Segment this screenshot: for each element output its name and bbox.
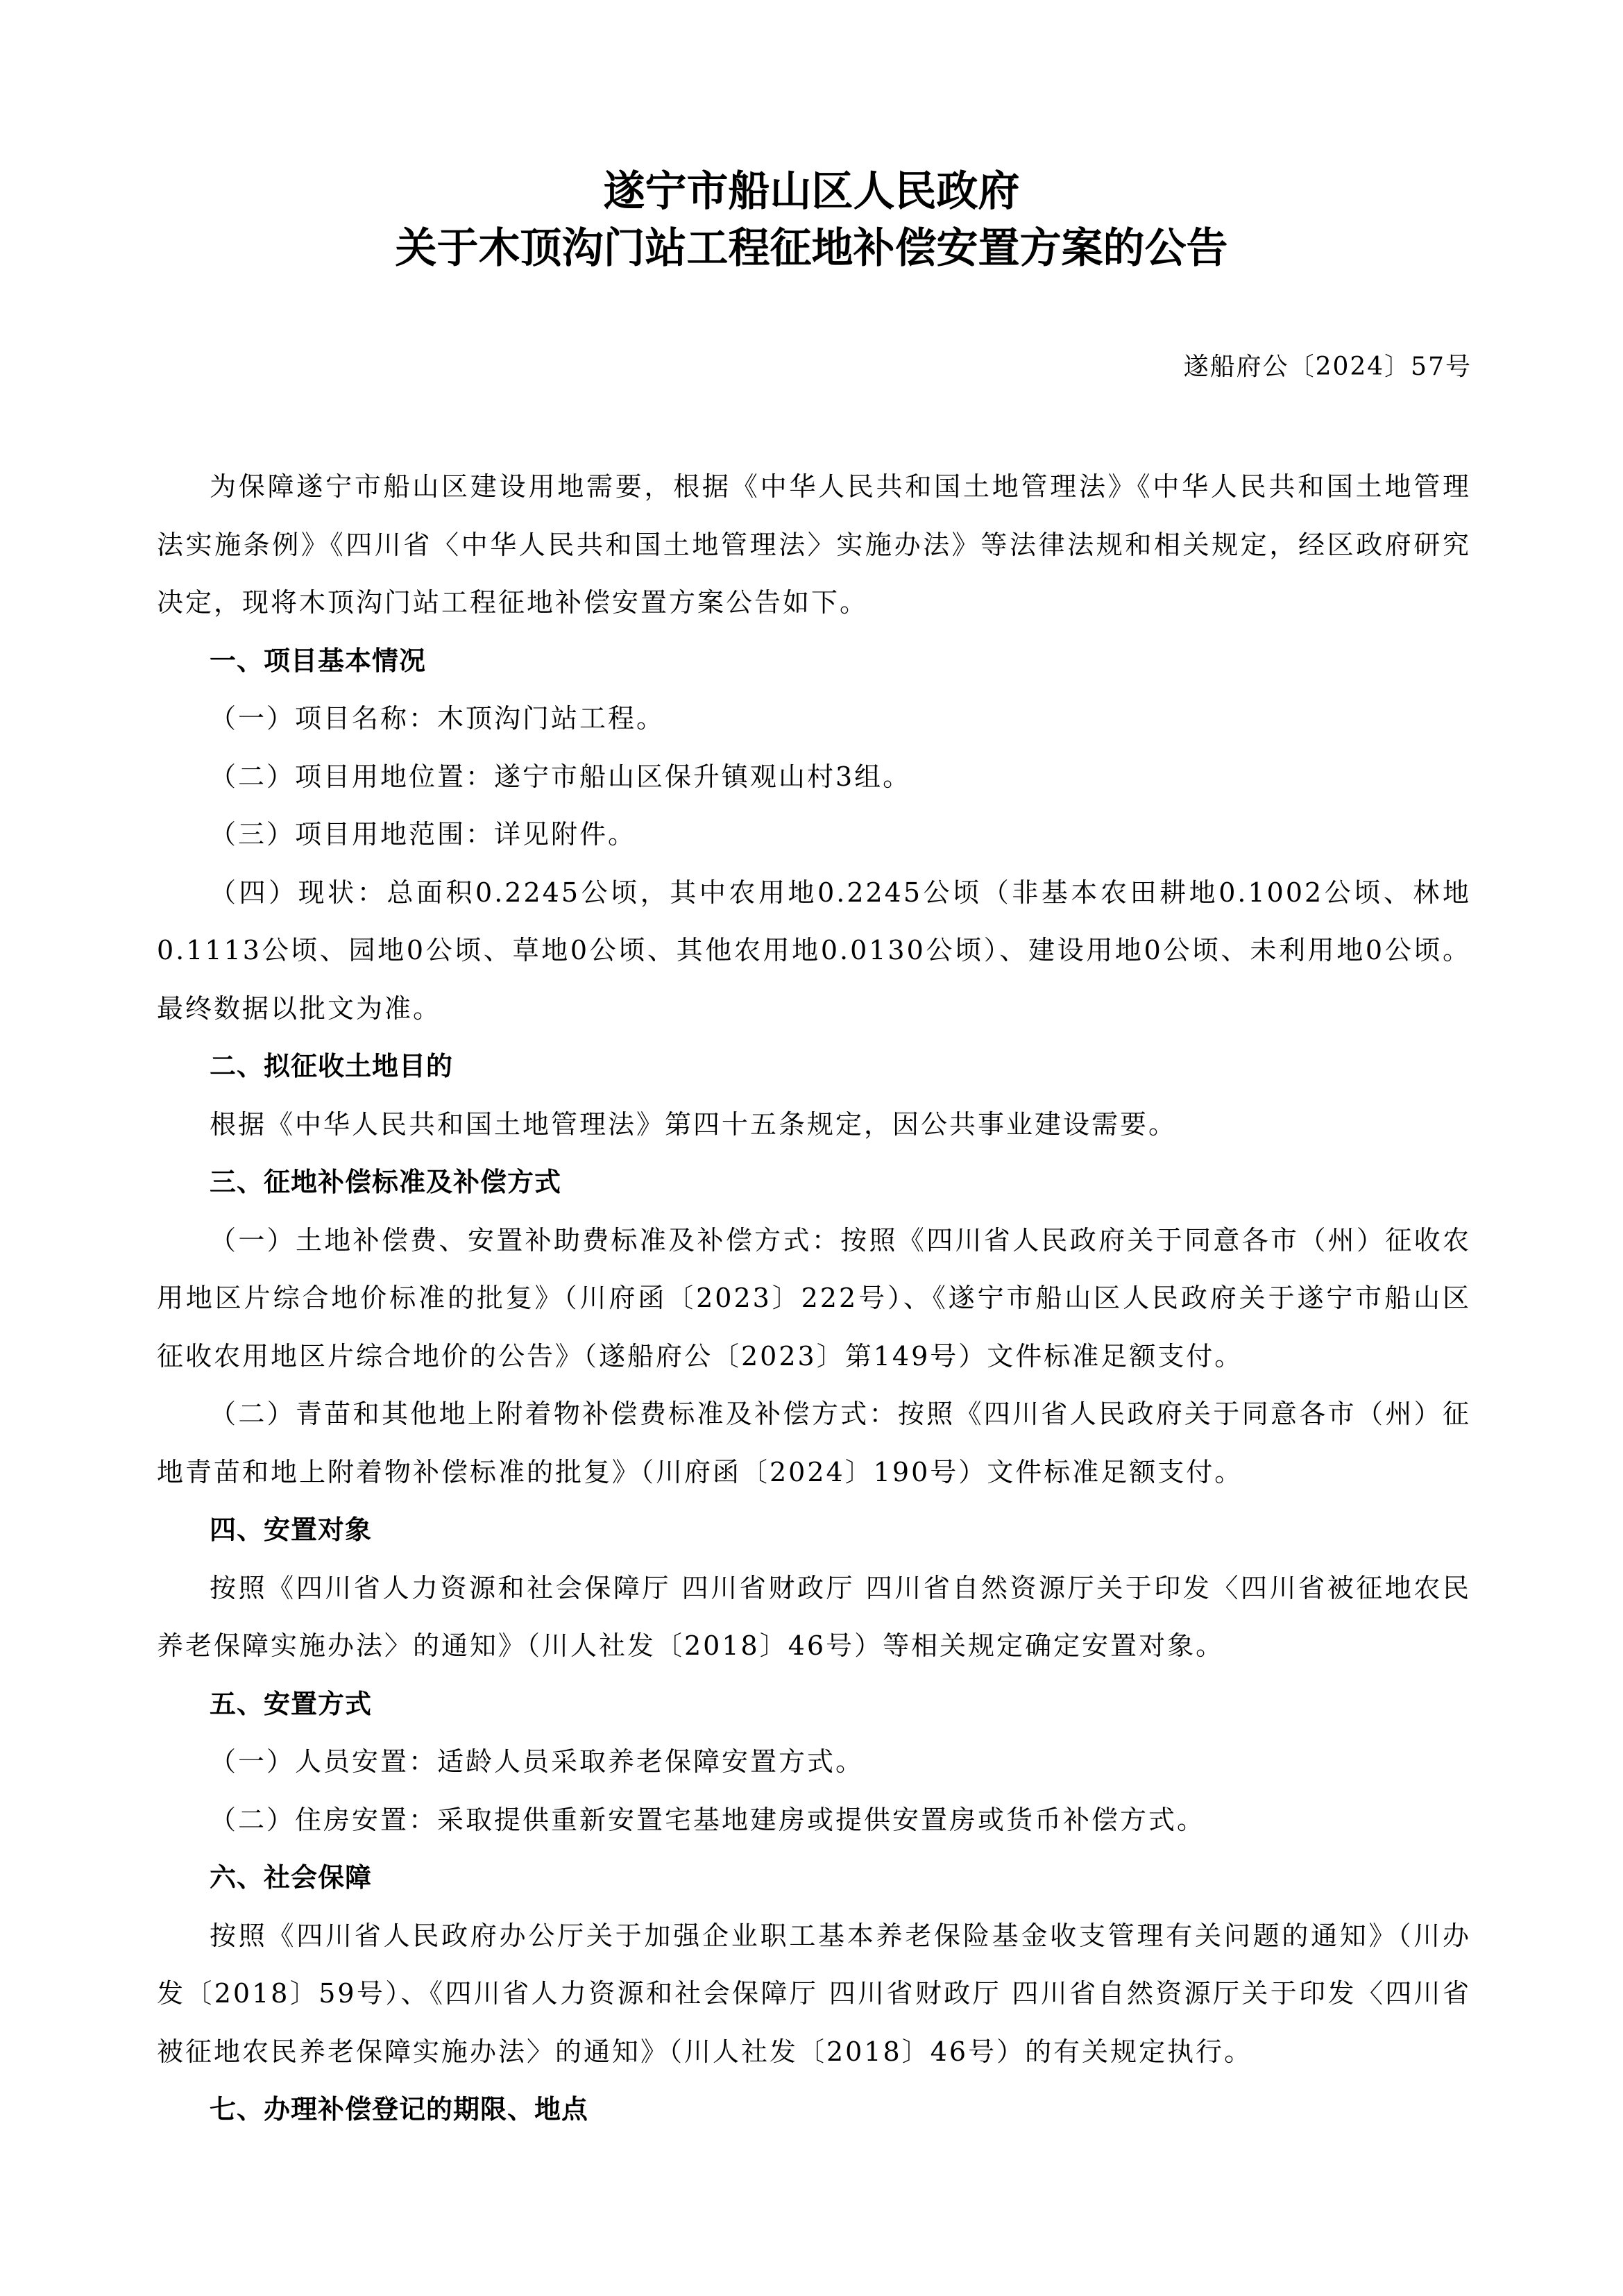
paragraph: 按照《四川省人力资源和社会保障厅 四川省财政厅 四川省自然资源厅关于印发〈四川省…: [157, 1560, 1471, 1675]
document-title-line2: 关于木顶沟门站工程征地补偿安置方案的公告: [0, 223, 1623, 273]
paragraph: （二）住房安置：采取提供重新安置宅基地建房或提供安置房或货币补偿方式。: [157, 1791, 1471, 1850]
section-heading-7: 七、办理补偿登记的期限、地点: [157, 2081, 1471, 2139]
document-body: 为保障遂宁市船山区建设用地需要，根据《中华人民共和国土地管理法》《中华人民共和国…: [157, 458, 1471, 2139]
section-heading-5: 五、安置方式: [157, 1675, 1471, 1734]
paragraph: （一）项目名称：木顶沟门站工程。: [157, 690, 1471, 748]
document-number: 遂船府公〔2024〕57号: [1184, 350, 1472, 385]
document-title-line1: 遂宁市船山区人民政府: [0, 167, 1623, 217]
paragraph: （二）青苗和其他地上附着物补偿费标准及补偿方式：按照《四川省人民政府关于同意各市…: [157, 1385, 1471, 1501]
paragraph: 按照《四川省人民政府办公厅关于加强企业职工基本养老保险基金收支管理有关问题的通知…: [157, 1907, 1471, 2082]
paragraph: （三）项目用地范围：详见附件。: [157, 806, 1471, 864]
intro-paragraph: 为保障遂宁市船山区建设用地需要，根据《中华人民共和国土地管理法》《中华人民共和国…: [157, 458, 1471, 632]
section-heading-6: 六、社会保障: [157, 1849, 1471, 1907]
paragraph: （一）土地补偿费、安置补助费标准及补偿方式：按照《四川省人民政府关于同意各市（州…: [157, 1212, 1471, 1386]
section-heading-4: 四、安置对象: [157, 1501, 1471, 1560]
section-heading-3: 三、征地补偿标准及补偿方式: [157, 1154, 1471, 1212]
paragraph: （一）人员安置：适龄人员采取养老保障安置方式。: [157, 1733, 1471, 1791]
paragraph: （二）项目用地位置：遂宁市船山区保升镇观山村3组。: [157, 748, 1471, 807]
section-heading-2: 二、拟征收土地目的: [157, 1038, 1471, 1096]
document-page: 遂宁市船山区人民政府 关于木顶沟门站工程征地补偿安置方案的公告 遂船府公〔202…: [0, 0, 1623, 2296]
paragraph: （四）现状：总面积0.2245公顷，其中农用地0.2245公顷（非基本农田耕地0…: [157, 864, 1471, 1038]
paragraph: 根据《中华人民共和国土地管理法》第四十五条规定，因公共事业建设需要。: [157, 1096, 1471, 1154]
section-heading-1: 一、项目基本情况: [157, 632, 1471, 691]
